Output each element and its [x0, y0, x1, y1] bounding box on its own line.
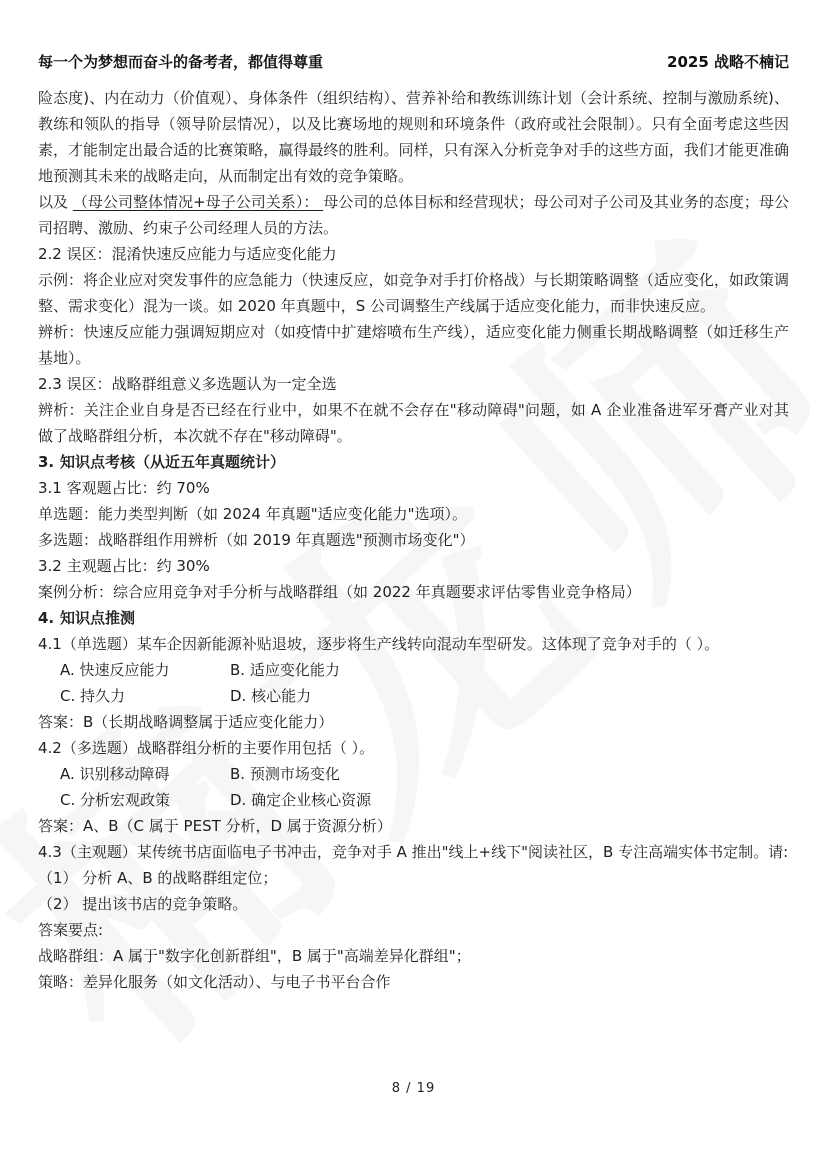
page-header: 每一个为梦想而奋斗的备考者，都值得尊重 2025 战略不楠记 [0, 0, 827, 72]
header-motto: 每一个为梦想而奋斗的备考者，都值得尊重 [38, 52, 323, 72]
paragraph-2-2-analysis: 辨析：快速反应能力强调短期应对（如疫情中扩建熔喷布生产线），适应变化能力侧重长期… [38, 319, 789, 371]
question-4-2-options-row-2: C. 分析宏观政策 D. 确定企业核心资源 [60, 787, 789, 813]
question-4-2-stem: 4.2（多选题）战略群组分析的主要作用包括（ ）。 [38, 735, 789, 761]
section-4-number: 4. [38, 605, 60, 631]
paragraph-parent-company: 以及 （母公司整体情况+母子公司关系）： 母公司的总体目标和经营现状；母公司对子… [38, 189, 789, 241]
underlined-text: （母公司整体情况+母子公司关系）： [73, 193, 323, 211]
question-4-1-stem: 4.1（单选题）某车企因新能源补贴退坡，逐步将生产线转向混动车型研发。这体现了竞… [38, 631, 789, 657]
section-3-heading: 3. 知识点考核（从近五年真题统计） [38, 449, 789, 475]
section-3-number: 3. [38, 449, 60, 475]
question-4-1-options-row-2: C. 持久力 D. 核心能力 [60, 683, 789, 709]
option-b: B. 预测市场变化 [230, 761, 340, 787]
section-3-line-single-choice: 单选题：能力类型判断（如 2024 年真题"适应变化能力"选项）。 [38, 501, 789, 527]
question-4-3-answer-header: 答案要点: [38, 917, 789, 943]
question-4-2-options-row-1: A. 识别移动障碍 B. 预测市场变化 [60, 761, 789, 787]
header-doc-title: 2025 战略不楠记 [667, 52, 789, 72]
section-3-line-multi-choice: 多选题：战略群组作用辨析（如 2019 年真题选"预测市场变化"） [38, 527, 789, 553]
paragraph-2-2-example: 示例：将企业应对突发事件的应急能力（快速反应，如竞争对手打价格战）与长期策略调整… [38, 267, 789, 319]
option-c: C. 分析宏观政策 [60, 787, 230, 813]
question-4-3-stem: 4.3（主观题）某传统书店面临电子书冲击，竞争对手 A 推出"线上+线下"阅读社… [38, 839, 789, 865]
question-4-3-subtask-1: （1） 分析 A、B 的战略群组定位； [38, 865, 789, 891]
section-4-heading: 4. 知识点推测 [38, 605, 789, 631]
option-a: A. 快速反应能力 [60, 657, 230, 683]
question-4-3-answer-groups: 战略群组：A 属于"数字化创新群组"，B 属于"高端差异化群组"； [38, 943, 789, 969]
text-run-pre: 以及 [38, 193, 73, 211]
option-d: D. 确定企业核心资源 [230, 787, 371, 813]
question-4-2-answer: 答案：A、B（C 属于 PEST 分析，D 属于资源分析） [38, 813, 789, 839]
question-4-3-subtask-2: （2） 提出该书店的竞争策略。 [38, 891, 789, 917]
question-4-1-options-row-1: A. 快速反应能力 B. 适应变化能力 [60, 657, 789, 683]
section-3-title: 知识点考核（从近五年真题统计） [60, 449, 285, 475]
option-a: A. 识别移动障碍 [60, 761, 230, 787]
option-d: D. 核心能力 [230, 683, 311, 709]
section-4-title: 知识点推测 [60, 605, 135, 631]
option-b: B. 适应变化能力 [230, 657, 340, 683]
page-number: 8 / 19 [0, 1081, 827, 1096]
section-3-line-objective-ratio: 3.1 客观题占比：约 70% [38, 475, 789, 501]
paragraph-risk-factors: 险态度)、内在动力（价值观）、身体条件（组织结构）、营养补给和教练训练计划（会计… [38, 85, 789, 189]
option-c: C. 持久力 [60, 683, 230, 709]
question-4-1-answer: 答案：B（长期战略调整属于适应变化能力） [38, 709, 789, 735]
paragraph-2-3-analysis: 辨析：关注企业自身是否已经在行业中，如果不在就不会存在"移动障碍"问题，如 A … [38, 397, 789, 449]
document-body: 险态度)、内在动力（价值观）、身体条件（组织结构）、营养补给和教练训练计划（会计… [38, 85, 789, 995]
section-3-line-case-analysis: 案例分析：综合应用竞争对手分析与战略群组（如 2022 年真题要求评估零售业竞争… [38, 579, 789, 605]
section-3-line-subjective-ratio: 3.2 主观题占比：约 30% [38, 553, 789, 579]
heading-misconception-2-2: 2.2 误区：混淆快速反应能力与适应变化能力 [38, 241, 789, 267]
document-page: 楠龙师 每一个为梦想而奋斗的备考者，都值得尊重 2025 战略不楠记 险态度)、… [0, 0, 827, 1170]
question-4-3-answer-strategy: 策略：差异化服务（如文化活动）、与电子书平台合作 [38, 969, 789, 995]
heading-misconception-2-3: 2.3 误区：战略群组意义多选题认为一定全选 [38, 371, 789, 397]
